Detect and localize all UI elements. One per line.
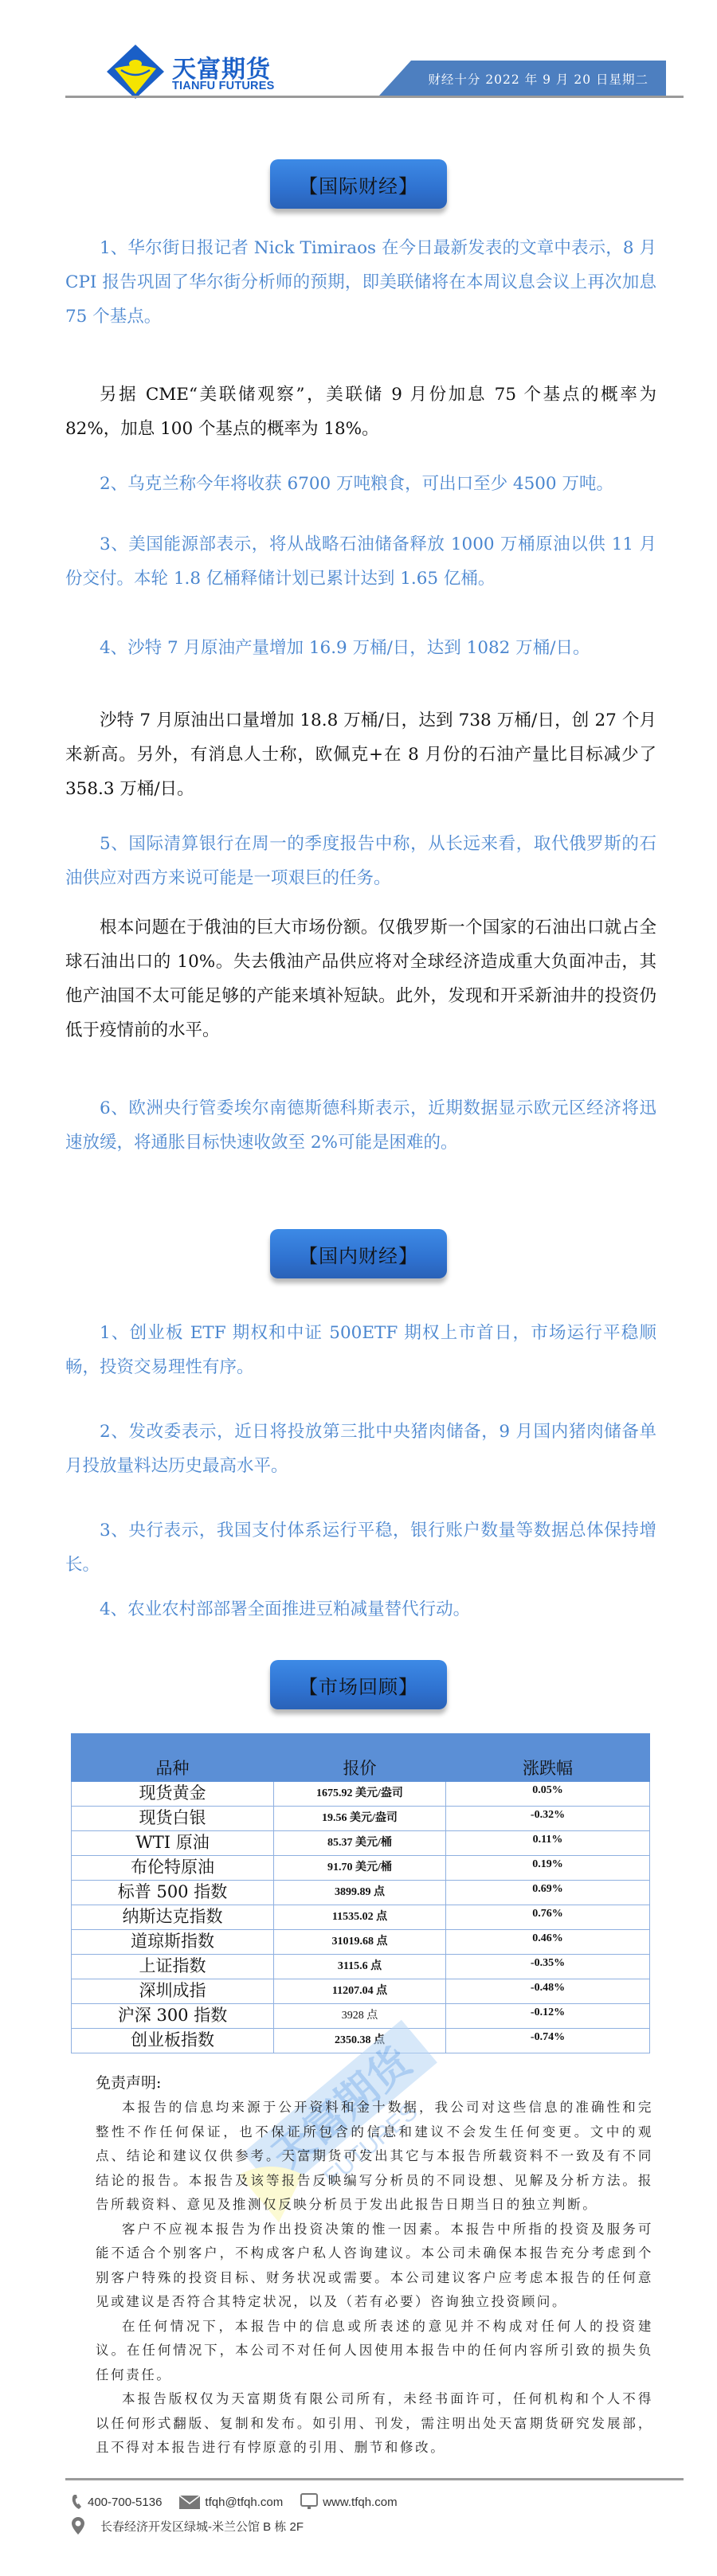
instrument-change: 0.76% bbox=[446, 1905, 650, 1930]
table-row: 现货黄金 1675.92 美元/盎司 0.05% bbox=[72, 1782, 650, 1807]
intl-news-2: 2、乌克兰称今年将收获 6700 万吨粮食，可出口至少 4500 万吨。 bbox=[65, 467, 656, 501]
table-row: 道琼斯指数 31019.68 点 0.46% bbox=[72, 1930, 650, 1955]
phone-icon bbox=[72, 2494, 83, 2510]
website-link[interactable]: www.tfqh.com bbox=[323, 2496, 397, 2509]
disclaimer-paragraph: 在任何情况下，本报告中的信息或所表述的意见并不构成对任何人的投资建议。在任何情况… bbox=[96, 2315, 653, 2388]
section-title-domestic: 【国内财经】 bbox=[270, 1229, 447, 1278]
footer-divider bbox=[65, 2478, 684, 2480]
table-row: WTI 原油 85.37 美元/桶 0.11% bbox=[72, 1831, 650, 1856]
instrument-name: 标普 500 指数 bbox=[72, 1881, 274, 1905]
instrument-name: 道琼斯指数 bbox=[72, 1930, 274, 1955]
table-row: 沪深 300 指数 3928 点 -0.12% bbox=[72, 2004, 650, 2029]
table-row: 上证指数 3115.6 点 -0.35% bbox=[72, 1955, 650, 1979]
intl-news-3: 3、美国能源部表示，将从战略石油储备释放 1000 万桶原油以供 11 月份交付… bbox=[65, 527, 656, 596]
contact-info-row: 400-700-5136 tfqh@tfqh.com www.tfqh.com bbox=[72, 2493, 415, 2511]
instrument-price: 91.70 美元/桶 bbox=[274, 1856, 446, 1881]
instrument-price: 2350.38 点 bbox=[274, 2029, 446, 2053]
contact-phone: 400-700-5136 bbox=[72, 2494, 162, 2510]
instrument-name: 纳斯达克指数 bbox=[72, 1905, 274, 1930]
market-review-table: 品种 报价 涨跌幅 现货黄金 1675.92 美元/盎司 0.05% 现货白银 … bbox=[71, 1733, 650, 2053]
instrument-change: -0.32% bbox=[446, 1807, 650, 1831]
instrument-price: 31019.68 点 bbox=[274, 1930, 446, 1955]
report-header: 天富期货 TIANFU FUTURES 财经十分 2022 年 9 月 20 日… bbox=[0, 0, 717, 104]
mail-icon bbox=[179, 2494, 200, 2510]
section-title-market: 【市场回顾】 bbox=[270, 1660, 447, 1709]
address-text: 长春经济开发区绿城-米兰公馆 B 栋 2F bbox=[100, 2518, 304, 2535]
header-divider bbox=[65, 96, 684, 98]
instrument-change: -0.12% bbox=[446, 2004, 650, 2029]
domestic-news-2: 2、发改委表示，近日将投放第三批中央猪肉储备，9 月国内猪肉储备单月投放量料达历… bbox=[65, 1415, 656, 1483]
report-date: 财经十分 2022 年 9 月 20 日星期二 bbox=[428, 70, 648, 88]
location-pin-icon bbox=[72, 2517, 84, 2535]
instrument-name: 上证指数 bbox=[72, 1955, 274, 1979]
table-row: 创业板指数 2350.38 点 -0.74% bbox=[72, 2029, 650, 2053]
intl-news-1-detail: 另据 CME“美联储观察”，美联储 9 月份加息 75 个基点的概率为 82%，… bbox=[65, 378, 656, 446]
disclaimer-title: 免责声明: bbox=[96, 2071, 161, 2093]
section-title-text: 【国内财经】 bbox=[299, 1240, 418, 1268]
instrument-price: 11207.04 点 bbox=[274, 1979, 446, 2004]
table-row: 布伦特原油 91.70 美元/桶 0.19% bbox=[72, 1856, 650, 1881]
date-banner: 财经十分 2022 年 9 月 20 日星期二 bbox=[379, 61, 666, 96]
instrument-change: 0.05% bbox=[446, 1782, 650, 1807]
domestic-news-4: 4、农业农村部部署全面推进豆粕减量替代行动。 bbox=[65, 1592, 656, 1627]
email-link[interactable]: tfqh@tfqh.com bbox=[205, 2496, 283, 2509]
intl-news-5: 5、国际清算银行在周一的季度报告中称，从长远来看，取代俄罗斯的石油供应对西方来说… bbox=[65, 827, 656, 895]
disclaimer-paragraph: 客户不应视本报告为作出投资决策的惟一因素。本报告中所指的投资及服务可能不适合个别… bbox=[96, 2218, 653, 2315]
address-row: 长春经济开发区绿城-米兰公馆 B 栋 2F bbox=[72, 2517, 321, 2535]
instrument-change: 0.69% bbox=[446, 1881, 650, 1905]
intl-news-6: 6、欧洲央行管委埃尔南德斯德科斯表示，近期数据显示欧元区经济将迅速放缓，将通胀目… bbox=[65, 1091, 656, 1160]
instrument-price: 3928 点 bbox=[274, 2004, 446, 2029]
instrument-price: 1675.92 美元/盎司 bbox=[274, 1782, 446, 1807]
table-header-row: 品种 报价 涨跌幅 bbox=[72, 1734, 650, 1782]
logo-english-name: TIANFU FUTURES bbox=[172, 80, 274, 92]
instrument-name: 现货黄金 bbox=[72, 1782, 274, 1807]
table-row: 深圳成指 11207.04 点 -0.48% bbox=[72, 1979, 650, 2004]
instrument-price: 11535.02 点 bbox=[274, 1905, 446, 1930]
instrument-name: 沪深 300 指数 bbox=[72, 2004, 274, 2029]
monitor-icon bbox=[300, 2493, 318, 2511]
instrument-price: 19.56 美元/盎司 bbox=[274, 1807, 446, 1831]
instrument-name: 深圳成指 bbox=[72, 1979, 274, 2004]
intl-news-4: 4、沙特 7 月原油产量增加 16.9 万桶/日，达到 1082 万桶/日。 bbox=[65, 631, 656, 665]
column-header-change: 涨跌幅 bbox=[446, 1734, 650, 1782]
column-header-price: 报价 bbox=[274, 1734, 446, 1782]
section-title-text: 【国际财经】 bbox=[299, 170, 418, 198]
intl-news-5-detail: 根本问题在于俄油的巨大市场份额。仅俄罗斯一个国家的石油出口就占全球石油出口的 1… bbox=[65, 910, 656, 1047]
instrument-change: 0.46% bbox=[446, 1930, 650, 1955]
domestic-news-3: 3、央行表示，我国支付体系运行平稳，银行账户数量等数据总体保持增长。 bbox=[65, 1513, 656, 1582]
instrument-change: 0.11% bbox=[446, 1831, 650, 1856]
instrument-name: 现货白银 bbox=[72, 1807, 274, 1831]
contact-address: 长春经济开发区绿城-米兰公馆 B 栋 2F bbox=[72, 2517, 304, 2535]
intl-news-1: 1、华尔街日报记者 Nick Timiraos 在今日最新发表的文章中表示，8 … bbox=[65, 231, 656, 334]
disclaimer-paragraph: 本报告的信息均来源于公开资料和金十数据，我公司对这些信息的准确性和完整性不作任何… bbox=[96, 2096, 653, 2218]
table-row: 标普 500 指数 3899.89 点 0.69% bbox=[72, 1881, 650, 1905]
instrument-price: 3899.89 点 bbox=[274, 1881, 446, 1905]
instrument-change: -0.35% bbox=[446, 1955, 650, 1979]
phone-number: 400-700-5136 bbox=[88, 2496, 162, 2509]
table-row: 纳斯达克指数 11535.02 点 0.76% bbox=[72, 1905, 650, 1930]
contact-website[interactable]: www.tfqh.com bbox=[300, 2493, 397, 2511]
instrument-name: 布伦特原油 bbox=[72, 1856, 274, 1881]
logo-diamond-icon bbox=[107, 45, 164, 99]
disclaimer-body: 本报告的信息均来源于公开资料和金十数据，我公司对这些信息的准确性和完整性不作任何… bbox=[96, 2096, 653, 2461]
disclaimer-paragraph: 本报告版权仅为天富期货有限公司所有，未经书面许可，任何机构和个人不得以任何形式翻… bbox=[96, 2387, 653, 2461]
instrument-price: 3115.6 点 bbox=[274, 1955, 446, 1979]
column-header-instrument: 品种 bbox=[72, 1734, 274, 1782]
intl-news-4-detail: 沙特 7 月原油出口量增加 18.8 万桶/日，达到 738 万桶/日，创 27… bbox=[65, 703, 656, 806]
instrument-name: 创业板指数 bbox=[72, 2029, 274, 2053]
instrument-name: WTI 原油 bbox=[72, 1831, 274, 1856]
section-title-international: 【国际财经】 bbox=[270, 159, 447, 209]
instrument-change: 0.19% bbox=[446, 1856, 650, 1881]
instrument-price: 85.37 美元/桶 bbox=[274, 1831, 446, 1856]
section-title-text: 【市场回顾】 bbox=[299, 1671, 418, 1699]
contact-email[interactable]: tfqh@tfqh.com bbox=[179, 2494, 283, 2510]
instrument-change: -0.48% bbox=[446, 1979, 650, 2004]
domestic-news-1: 1、创业板 ETF 期权和中证 500ETF 期权上市首日，市场运行平稳顺畅，投… bbox=[65, 1316, 656, 1384]
company-logo: 天富期货 TIANFU FUTURES bbox=[107, 45, 282, 99]
table-row: 现货白银 19.56 美元/盎司 -0.32% bbox=[72, 1807, 650, 1831]
instrument-change: -0.74% bbox=[446, 2029, 650, 2053]
